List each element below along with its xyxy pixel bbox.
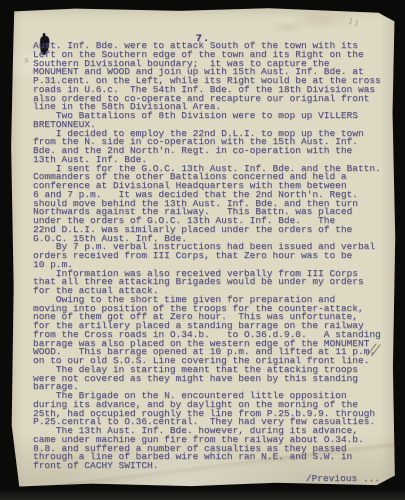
paragraph: Aust. Inf. Bde. were to attack South of … xyxy=(33,42,393,112)
paragraph: I decided to employ the 22nd D.L.I. to m… xyxy=(33,130,393,165)
document-page: 11 7. x Aust. Inf. Bde. were to attack S… xyxy=(10,7,396,488)
paragraph: I sent for the G.O.C. 13th Aust. Inf. Bd… xyxy=(33,165,393,244)
pencil-check-mark: x xyxy=(23,56,30,67)
paragraph: By 7 p.m. verbal instructions had been i… xyxy=(33,243,393,269)
table-surface xyxy=(0,491,405,500)
paragraph: Two Battalions of 8th Division were to m… xyxy=(33,112,393,130)
document-body: Aust. Inf. Bde. were to attack South of … xyxy=(33,39,393,471)
paragraph: The Brigade on the N. encountered little… xyxy=(33,392,393,427)
paragraph: Owing to the short time given for prepar… xyxy=(33,296,393,366)
paragraph: The 13th Aust. Inf. Bde. however, during… xyxy=(33,427,393,471)
continuation-note: /Previous ... xyxy=(306,473,380,484)
paragraph: Information was also received verbally f… xyxy=(33,270,393,296)
paragraph: The delay in starting meant that the att… xyxy=(33,366,393,392)
pencil-annotation-top-right: 11 xyxy=(347,17,361,29)
